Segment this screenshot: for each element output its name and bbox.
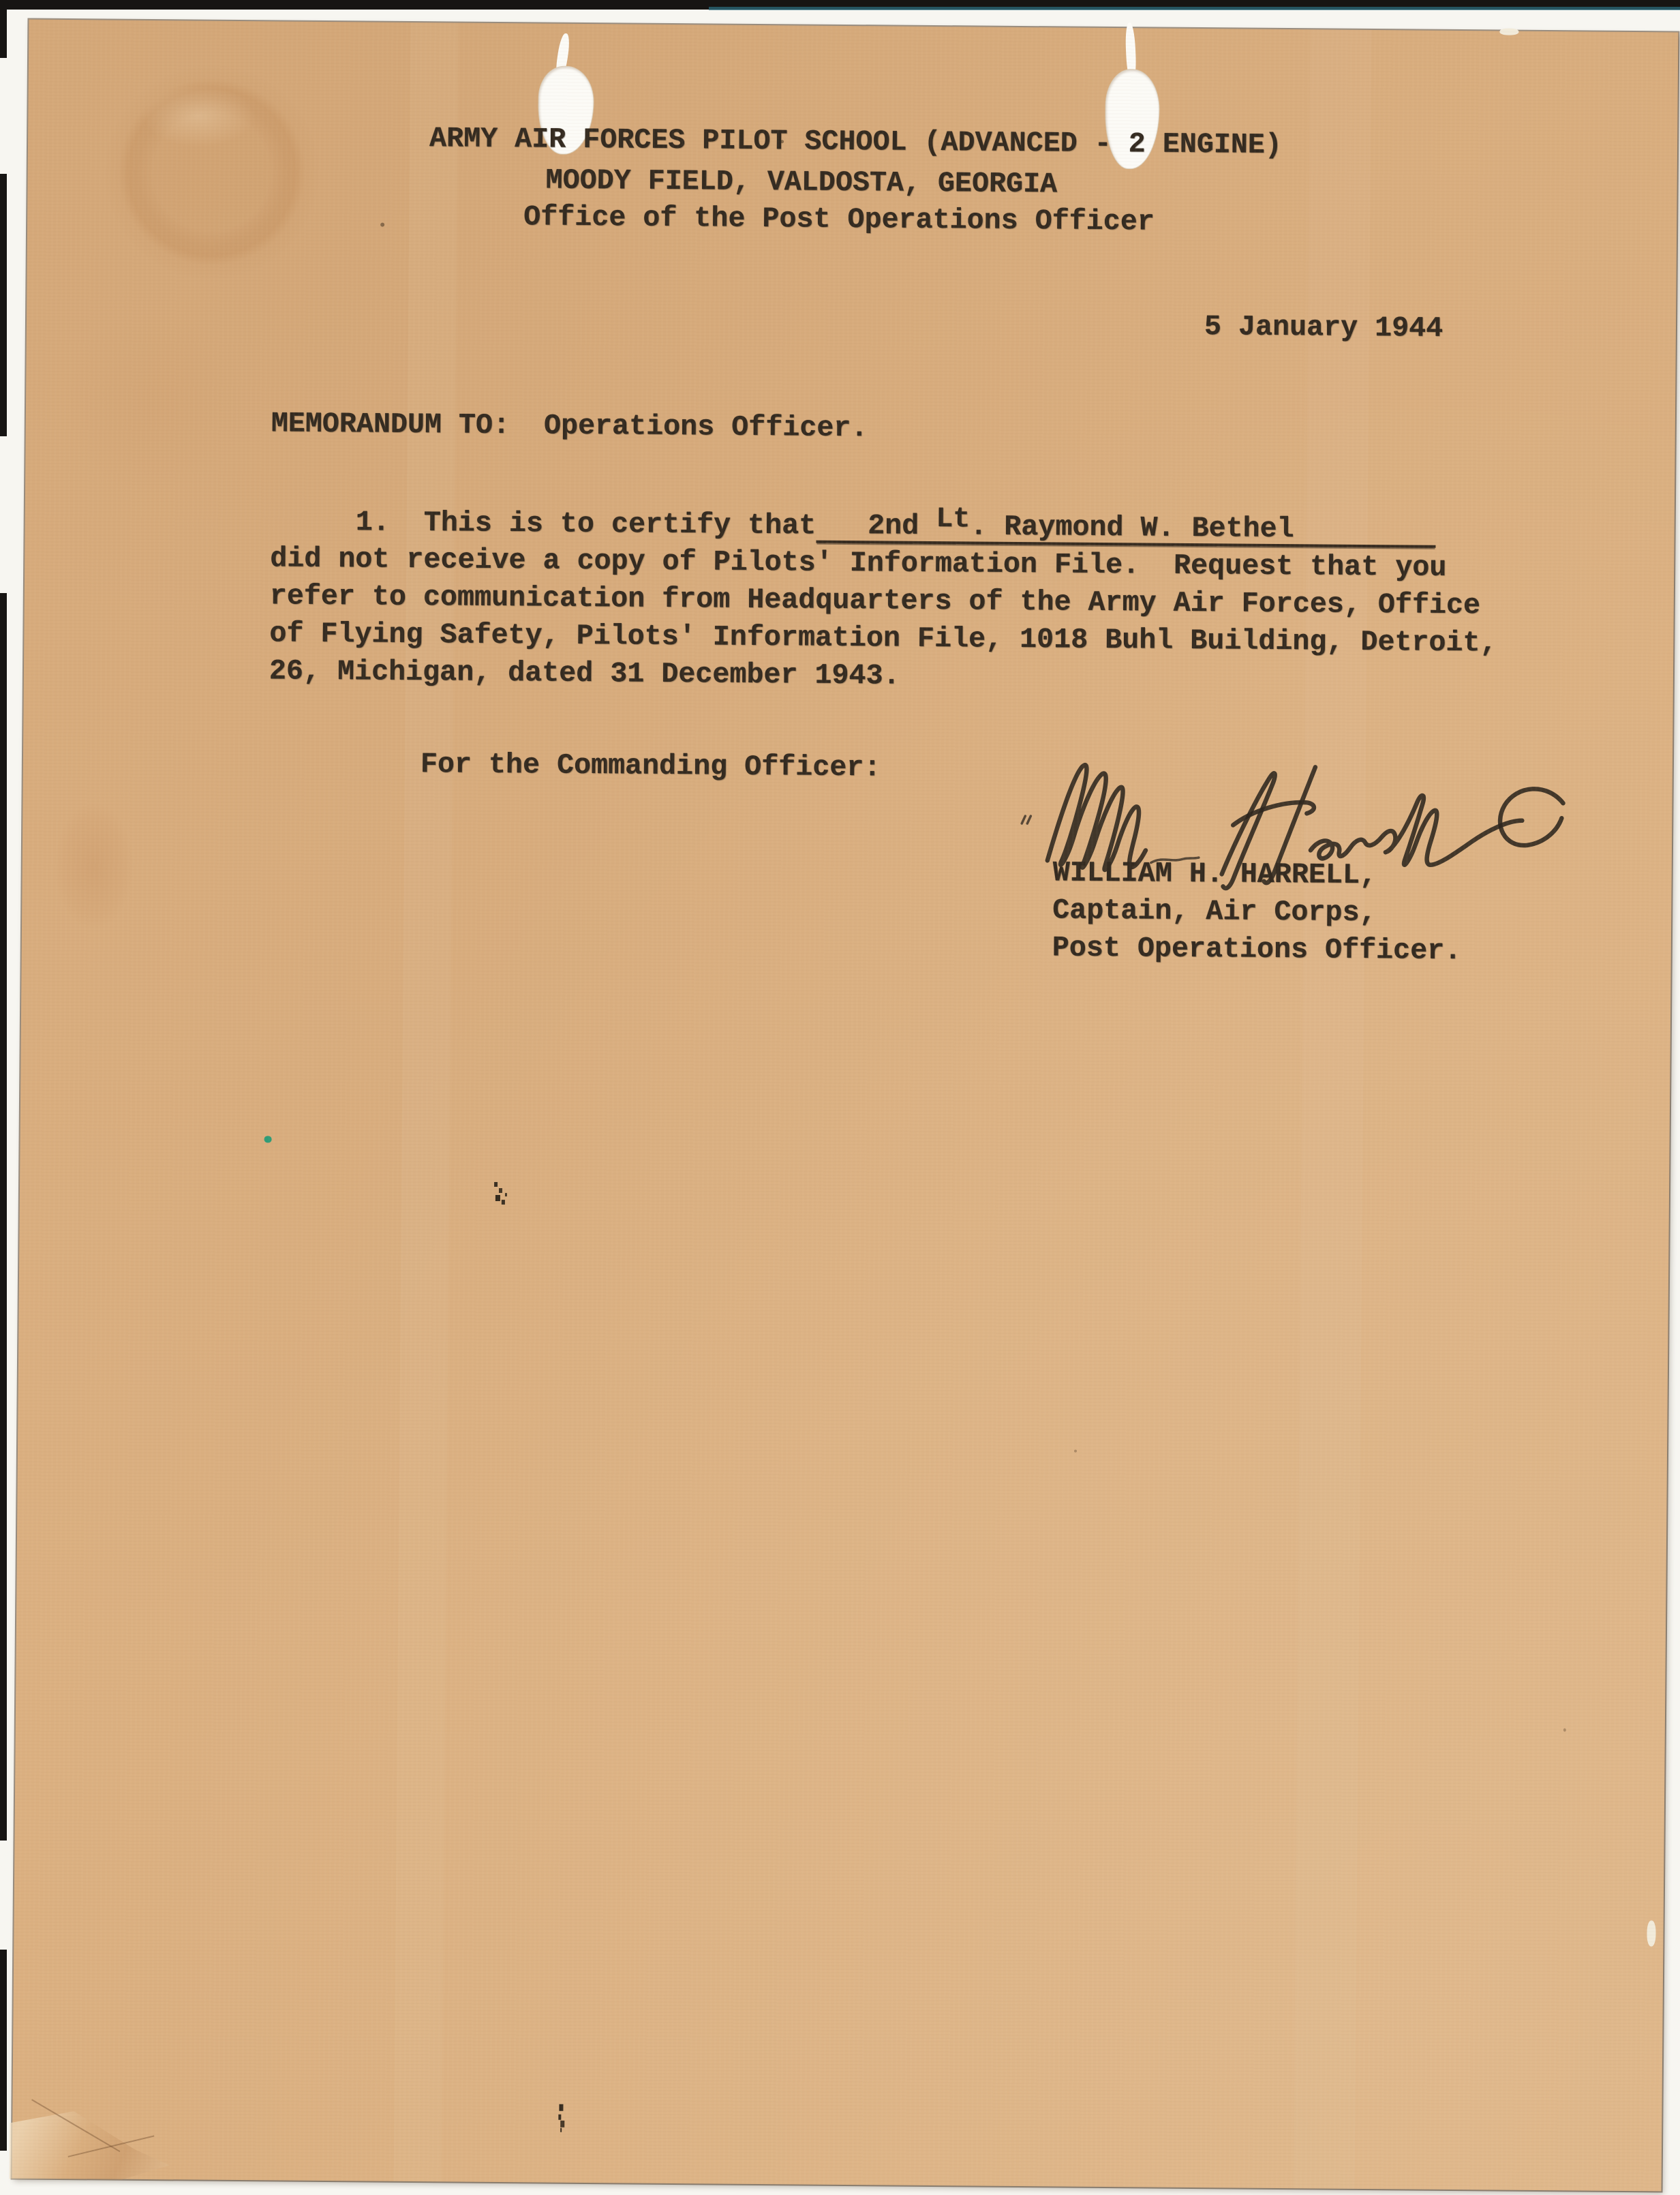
paper-sheet: ARMY AIR FORCES PILOT SCHOOL (ADVANCED -… [12,20,1679,2192]
water-stain-soft [32,279,279,526]
certify-name-pre: 2nd [868,509,936,543]
scanner-edge-gap [0,58,7,174]
certify-name-underlined: 2nd Lt. Raymond W. Bethel [816,509,1435,548]
paper-streak [1294,29,1372,2189]
memorandum-to-line: MEMORANDUM TO: Operations Officer. [271,407,868,445]
body-line-1: 1. This is to certify that2nd Lt. Raymon… [271,504,1436,547]
signature-typed-name: WILLIAM H. HARRELL, [1052,856,1377,892]
dust-speck [1074,1450,1077,1453]
body-line-5: 26, Michigan, dated 31 December 1943. [269,654,900,693]
paper-streak [394,22,459,2181]
water-stain-ring [98,59,325,286]
closing-line: For the Commanding Officer: [421,748,881,785]
body-line-2: did not receive a copy of Pilots' Inform… [270,542,1446,585]
corner-crumple [10,2110,170,2180]
certify-name-superscript: Lt [936,502,970,535]
ink-speck [559,2104,563,2111]
signature-typed-title: Post Operations Officer. [1052,931,1462,968]
signature-typed-rank: Captain, Air Corps, [1052,894,1377,930]
body-line-4: of Flying Safety, Pilots' Information Fi… [269,617,1497,660]
certify-lead-text: 1. This is to certify that [271,505,816,542]
scanner-edge-teal-line [709,7,1680,10]
scanned-memo-page: ARMY AIR FORCES PILOT SCHOOL (ADVANCED -… [0,0,1680,2195]
scanner-edge-gap [0,436,7,593]
ink-speck [494,1182,498,1187]
scanner-edge-left [0,0,7,2151]
dust-speck [380,223,384,227]
letterhead-line3: Office of the Post Operations Officer [523,200,1155,239]
stain-left-edge [42,785,146,949]
edge-chip [1647,1920,1655,1946]
scanner-edge-gap [0,1841,7,1950]
certify-name-post: . Raymond W. Bethel [970,510,1294,545]
edge-chip [1499,28,1518,35]
body-line-3: refer to communication from Headquarters… [270,579,1481,622]
green-fiber-speck [264,1136,272,1142]
letterhead-line1: ARMY AIR FORCES PILOT SCHOOL (ADVANCED -… [429,122,1282,162]
letterhead-line2: MOODY FIELD, VALDOSTA, GEORGIA [545,164,1057,202]
light-stain-patch [123,75,274,158]
document-date: 5 January 1944 [1204,310,1444,346]
dust-speck [1563,1728,1566,1731]
